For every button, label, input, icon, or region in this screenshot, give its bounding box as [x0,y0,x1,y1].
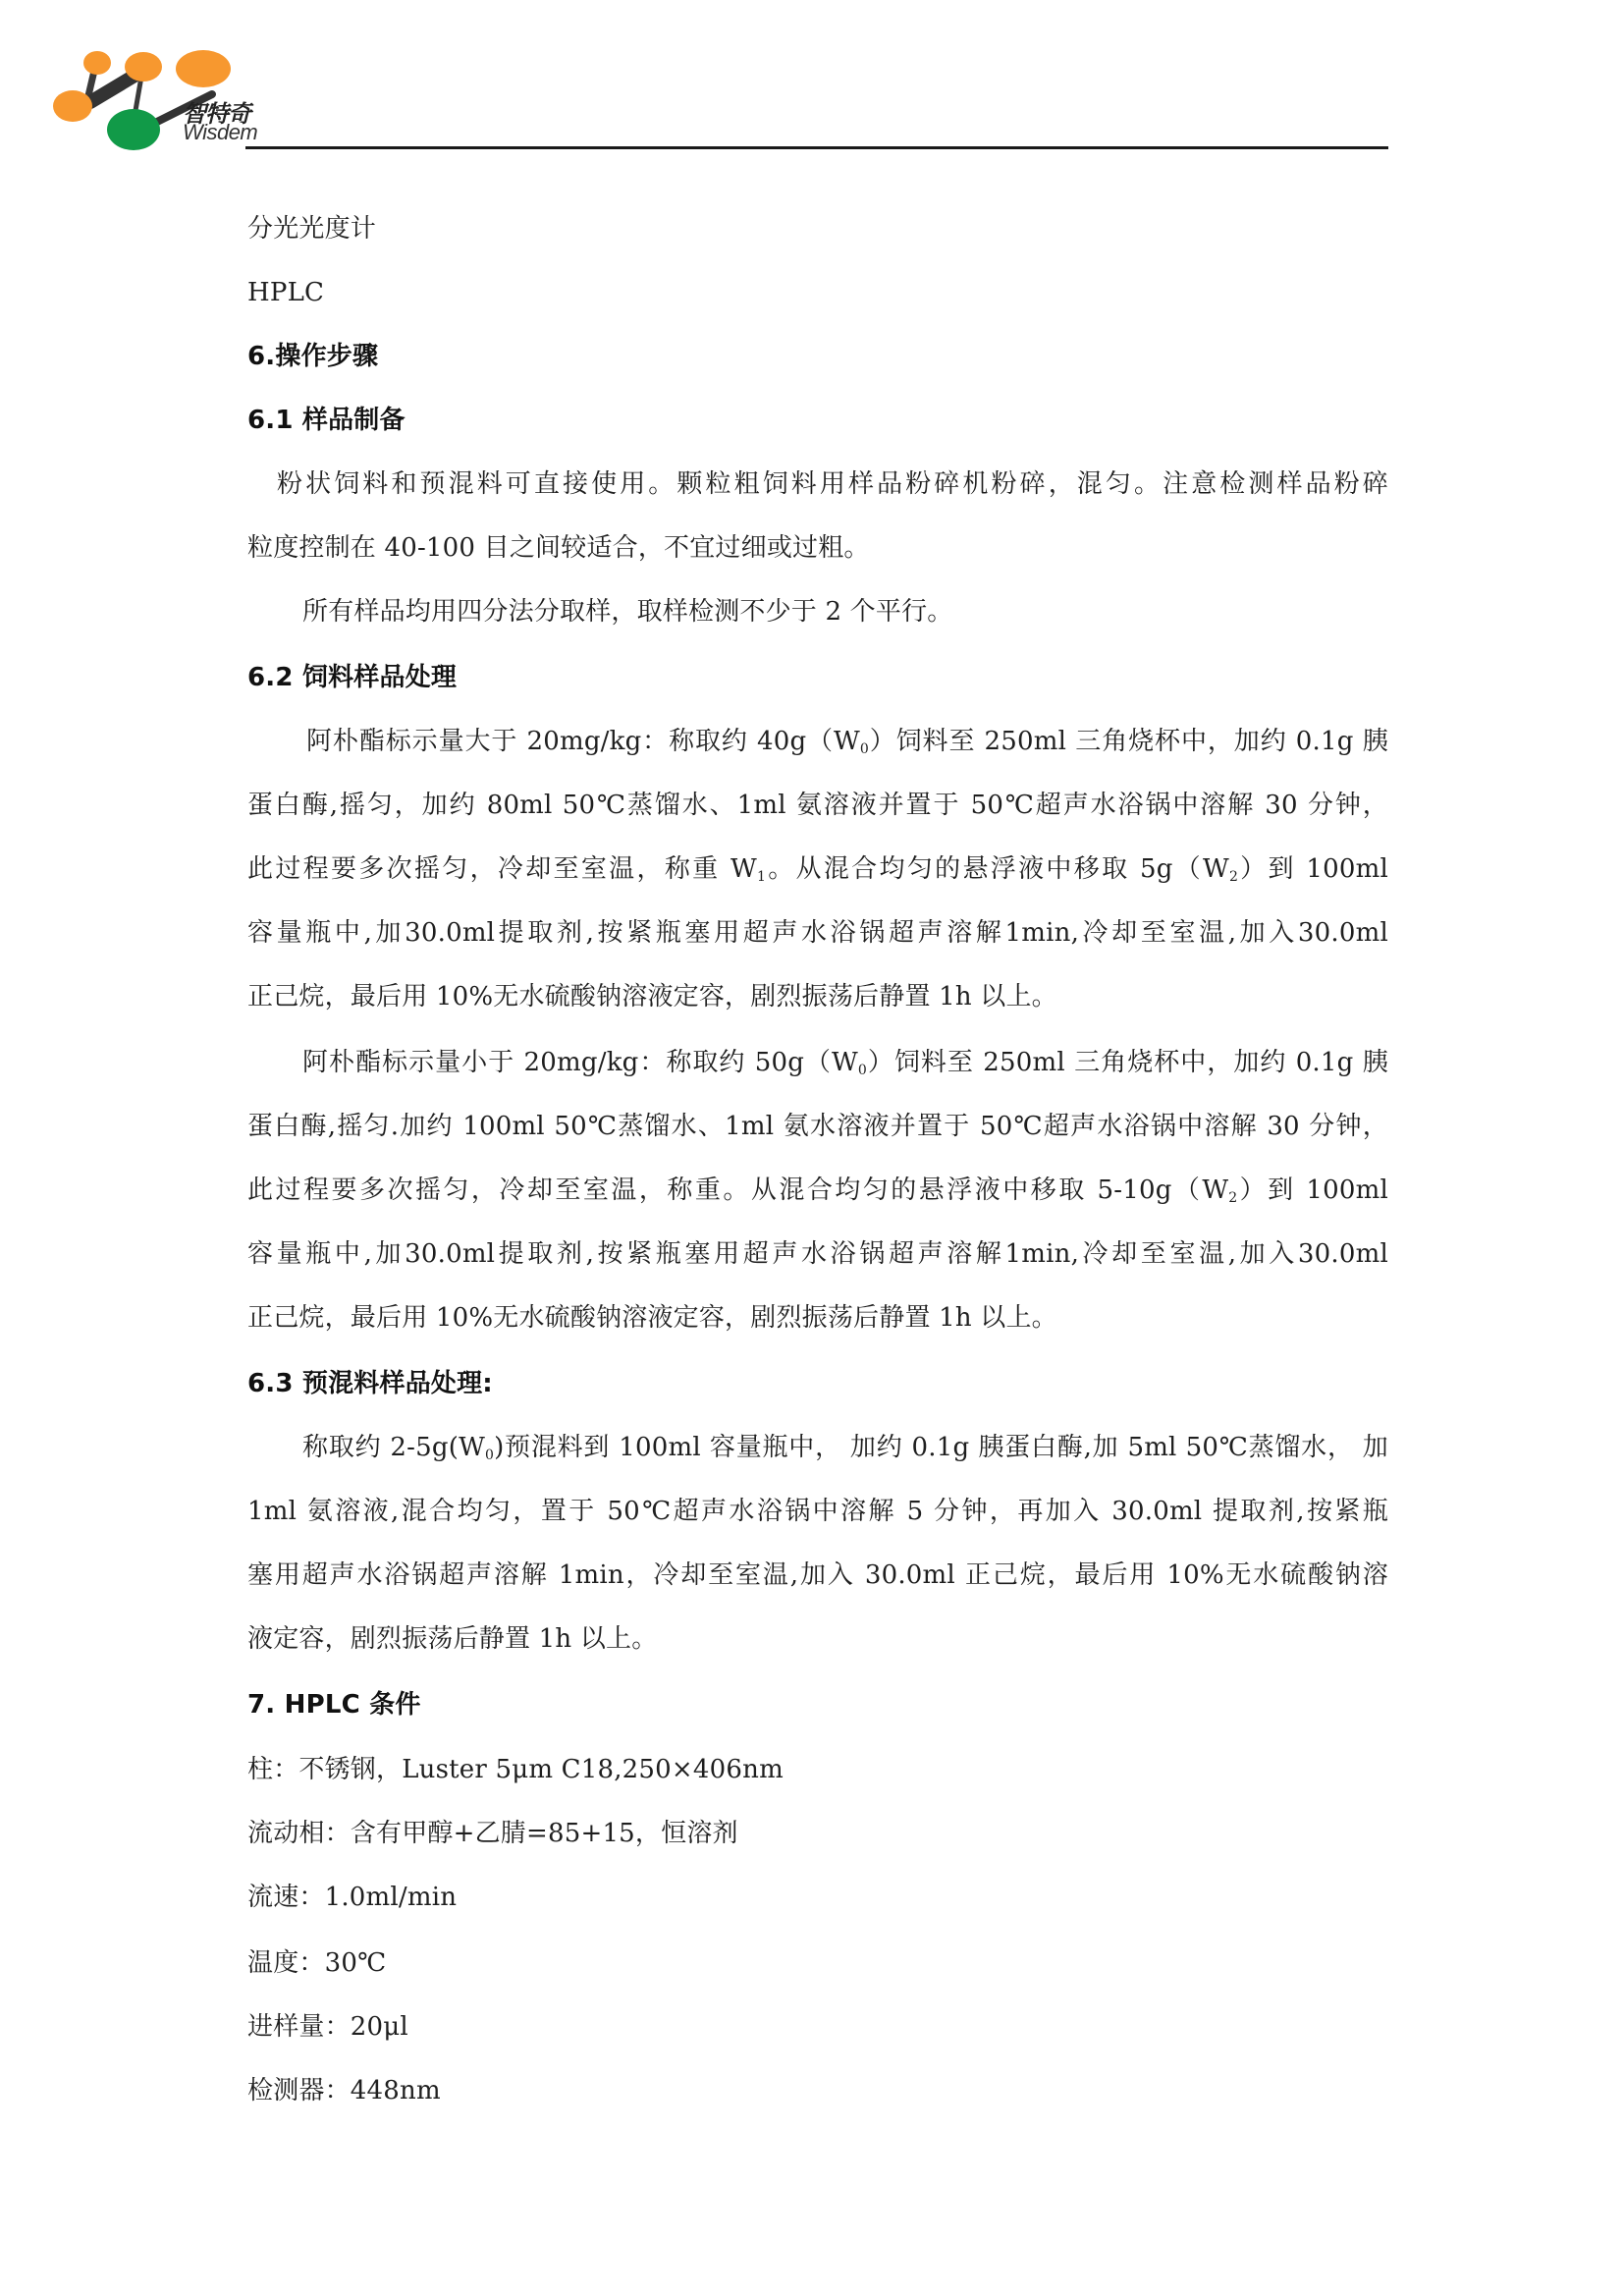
subscript: 0 [485,1448,494,1463]
paragraph-line: 所有样品均用四分法分取样，取样检测不少于 2 个平行。 [247,590,1388,633]
section-6-title: 6.操作步骤 [247,335,1388,378]
paragraph-line: 阿朴酯标示量小于 20mg/kg：称取约 50g（W0）饲料至 250ml 三角… [247,1041,1388,1084]
text-segment: ）到 100ml [1238,854,1388,884]
logo-english-name: Wisdem [183,122,257,143]
text-segment: 阿朴酯标示量小于 20mg/kg：称取约 50g（W [302,1048,858,1077]
text-segment: ）饲料至 250ml 三角烧杯中，加约 0.1g 胰 [869,727,1388,756]
subscript: 0 [860,741,869,757]
section-6-1-title: 6.1 样品制备 [247,399,1388,442]
subscript: 2 [1229,869,1238,885]
paragraph-line: 阿朴酯标示量大于 20mg/kg：称取约 40g（W0）饲料至 250ml 三角… [247,720,1388,763]
paragraph-line: 此过程要多次摇匀，冷却至室温，称重 W1。从混合均匀的悬浮液中移取 5g（W2）… [247,847,1388,891]
text-segment: 此过程要多次摇匀，冷却至室温，称重。从混合均匀的悬浮液中移取 5-10g（W [247,1175,1228,1205]
hplc-condition: 流速：1.0ml/min [247,1876,1388,1919]
paragraph-line: 塞用超声水浴锅超声溶解 1min，冷却至室温,加入 30.0ml 正己烷，最后用… [247,1554,1388,1597]
section-7-title: 7. HPLC 条件 [247,1683,1388,1726]
paragraph-line: 正己烷，最后用 10%无水硫酸钠溶液定容，剧烈振荡后静置 1h 以上。 [247,975,1388,1018]
paragraph-line: 蛋白酶,摇匀，加约 80ml 50℃蒸馏水、1ml 氨溶液并置于 50℃超声水浴… [247,784,1388,827]
paragraph-line: 蛋白酶,摇匀.加约 100ml 50℃蒸馏水、1ml 氨水溶液并置于 50℃超声… [247,1105,1388,1148]
paragraph-line: 粒度控制在 40-100 目之间较适合，不宜过细或过粗。 [247,526,1388,570]
text-segment: 称取约 2-5g(W [302,1433,485,1462]
hplc-condition: 温度：30℃ [247,1941,1388,1985]
paragraph-line: 此过程要多次摇匀，冷却至室温，称重。从混合均匀的悬浮液中移取 5-10g（W2）… [247,1169,1388,1212]
paragraph-line: 容量瓶中,加30.0ml提取剂,按紧瓶塞用超声水浴锅超声溶解1min,冷却至室温… [247,1232,1388,1276]
hplc-condition: 进样量：20μl [247,2005,1388,2049]
paragraph-line: 1ml 氨溶液,混合均匀，置于 50℃超声水浴锅中溶解 5 分钟，再加入 30.… [247,1490,1388,1533]
equipment-item: HPLC [247,271,1388,314]
hplc-condition: 检测器：448nm [247,2069,1388,2112]
text-segment: 此过程要多次摇匀，冷却至室温，称重 W [247,854,757,884]
subscript: 1 [757,869,766,885]
text-segment: )预混料到 100ml 容量瓶中， 加约 0.1g 胰蛋白酶,加 5ml 50℃… [494,1433,1388,1462]
section-6-2-title: 6.2 饲料样品处理 [247,656,1388,699]
paragraph-line: 容量瓶中,加30.0ml提取剂,按紧瓶塞用超声水浴锅超声溶解1min,冷却至室温… [247,911,1388,955]
hplc-condition: 柱：不锈钢，Luster 5μm C18,250×406nm [247,1748,1388,1791]
hplc-condition: 流动相：含有甲醇+乙腈=85+15，恒溶剂 [247,1812,1388,1855]
subscript: 0 [858,1063,867,1078]
text-segment: 。从混合均匀的悬浮液中移取 5g（W [766,854,1229,884]
equipment-item: 分光光度计 [247,207,1388,250]
text-segment: 阿朴酯标示量大于 20mg/kg：称取约 40g（W [306,727,860,756]
section-6-3-title: 6.3 预混料样品处理: [247,1362,1388,1405]
paragraph-line: 液定容，剧烈振荡后静置 1h 以上。 [247,1617,1388,1661]
text-segment: ）饲料至 250ml 三角烧杯中，加约 0.1g 胰 [867,1048,1388,1077]
paragraph-line: 正己烷，最后用 10%无水硫酸钠溶液定容，剧烈振荡后静置 1h 以上。 [247,1296,1388,1339]
paragraph-line: 粉状饲料和预混料可直接使用。颗粒粗饲料用样品粉碎机粉碎，混匀。注意检测样品粉碎 [247,463,1388,506]
header-divider [245,146,1388,149]
subscript: 2 [1228,1190,1237,1206]
text-segment: ）到 100ml [1237,1175,1388,1205]
paragraph-line: 称取约 2-5g(W0)预混料到 100ml 容量瓶中， 加约 0.1g 胰蛋白… [247,1426,1388,1469]
